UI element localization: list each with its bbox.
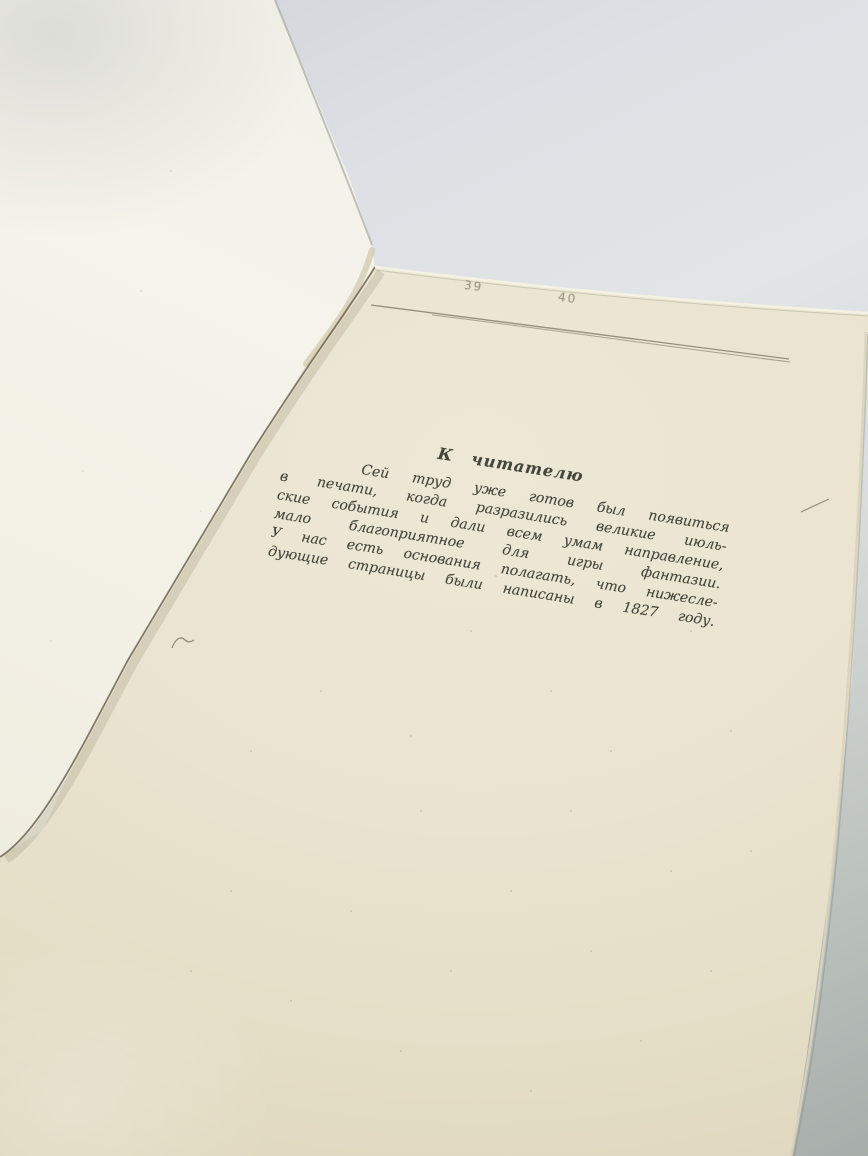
book-photo: 39 40 К читателю Сейтрудужеготовбылпояви… bbox=[0, 0, 868, 1156]
word: У bbox=[270, 524, 283, 544]
pencil-page-number-left: 39 bbox=[463, 278, 484, 294]
pencil-page-number-right: 40 bbox=[557, 290, 578, 306]
word: и bbox=[419, 509, 431, 529]
word: в bbox=[593, 594, 604, 614]
word: в bbox=[279, 467, 290, 487]
